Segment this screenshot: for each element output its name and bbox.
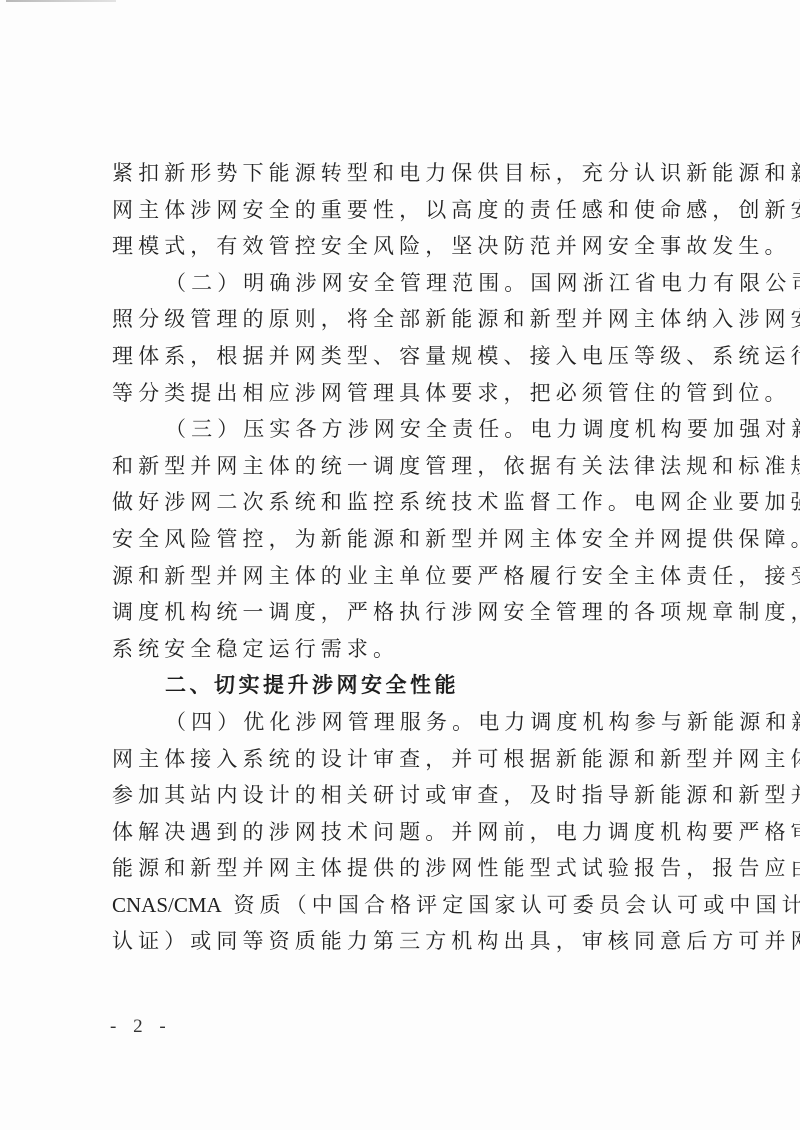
text-line: （四）优化涉网管理服务。电力调度机构参与新能源和新型并 (112, 704, 702, 741)
text-line: 紧扣新形势下能源转型和电力保供目标，充分认识新能源和新型并 (112, 155, 702, 192)
text-line: 等分类提出相应涉网管理具体要求，把必须管住的管到位。 (112, 375, 702, 412)
certification-acronym: CNAS/CMA (112, 893, 222, 917)
paragraph-continued: 紧扣新形势下能源转型和电力保供目标，充分认识新能源和新型并 网主体涉网安全的重要… (112, 155, 702, 265)
text-line: 安全风险管控，为新能源和新型并网主体安全并网提供保障。新能 (112, 521, 702, 558)
text-line: 系统安全稳定运行需求。 (112, 631, 702, 668)
text-line: 源和新型并网主体的业主单位要严格履行安全主体责任，接受电力 (112, 558, 702, 595)
text-line: 能源和新型并网主体提供的涉网性能型式试验报告，报告应由具备 (112, 850, 702, 887)
scan-edge-artifact (6, 0, 116, 2)
text-line: 理体系，根据并网类型、容量规模、接入电压等级、系统运行特性 (112, 338, 702, 375)
text-line: 参加其站内设计的相关研讨或审查，及时指导新能源和新型并网主 (112, 777, 702, 814)
paragraph-section-2-scope: （二）明确涉网安全管理范围。国网浙江省电力有限公司应按 照分级管理的原则，将全部… (112, 265, 702, 411)
text-line: 网主体涉网安全的重要性，以高度的责任感和使命感，创新安全管 (112, 192, 702, 229)
text-fragment: 资质（中国合格评定国家认可委员会认可或中国计量 (222, 893, 800, 917)
text-line: （二）明确涉网安全管理范围。国网浙江省电力有限公司应按 (112, 265, 702, 302)
paragraph-section-3-responsibility: （三）压实各方涉网安全责任。电力调度机构要加强对新能源 和新型并网主体的统一调度… (112, 411, 702, 667)
section-heading: 二、切实提升涉网安全性能 (112, 667, 702, 704)
text-line: 照分级管理的原则，将全部新能源和新型并网主体纳入涉网安全管 (112, 301, 702, 338)
text-line: （三）压实各方涉网安全责任。电力调度机构要加强对新能源 (112, 411, 702, 448)
text-line-mixed: CNAS/CMA 资质（中国合格评定国家认可委员会认可或中国计量 (112, 887, 702, 924)
document-page-body: 紧扣新形势下能源转型和电力保供目标，充分认识新能源和新型并 网主体涉网安全的重要… (112, 155, 702, 960)
text-line: 理模式，有效管控安全风险，坚决防范并网安全事故发生。 (112, 228, 702, 265)
page-number: - 2 - (110, 1016, 172, 1038)
text-line: 调度机构统一调度，严格执行涉网安全管理的各项规章制度，满足 (112, 594, 702, 631)
text-line: 和新型并网主体的统一调度管理，依据有关法律法规和标准规范， (112, 448, 702, 485)
text-line: 做好涉网二次系统和监控系统技术监督工作。电网企业要加强电网 (112, 484, 702, 521)
paragraph-section-4-service: （四）优化涉网管理服务。电力调度机构参与新能源和新型并 网主体接入系统的设计审查… (112, 704, 702, 960)
text-line: 认证）或同等资质能力第三方机构出具，审核同意后方可并网。并 (112, 923, 702, 960)
text-line: 网主体接入系统的设计审查，并可根据新能源和新型并网主体需求 (112, 741, 702, 778)
text-line: 体解决遇到的涉网技术问题。并网前，电力调度机构要严格审核新 (112, 814, 702, 851)
